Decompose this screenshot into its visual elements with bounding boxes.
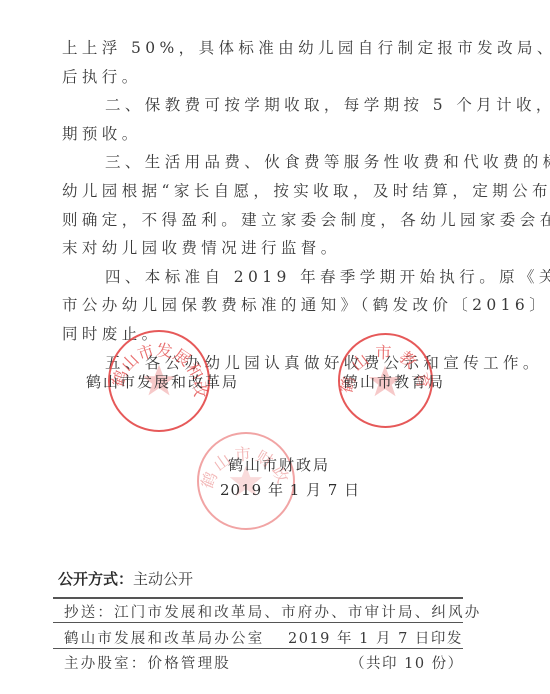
paragraph-line: 则确定，不得盈利。建立家委会制度，各幼儿园家委会在每学期 [62, 206, 494, 235]
paragraph-line: 四、本标准自 2019 年春季学期开始执行。原《关于调整鹤山 [62, 263, 494, 292]
signature-date: 2019 年 1 月 7 日 [220, 479, 360, 500]
handler-dept: 主办股室：价格管理股 [64, 652, 231, 673]
copy-count: （共印 10 份） [350, 652, 464, 673]
disclosure-method: 公开方式：主动公开 [58, 568, 193, 589]
paragraph-line: 末对幼儿园收费情况进行监督。 [62, 234, 494, 263]
issuer: 鹤山市发展和改革局办公室 [64, 627, 264, 648]
paragraph-line: 市公办幼儿园保教费标准的通知》（鹤发改价〔2016〕28 号）文件 [62, 291, 494, 320]
divider [53, 597, 463, 599]
paragraph-line: 三、生活用品费、伙食费等服务性收费和代收费的标准，由 [62, 148, 494, 177]
document-body: 上上浮 50%，具体标准由幼儿园自行制定报市发改局、教育局备案 后执行。 二、保… [62, 34, 494, 377]
paragraph-line: 后执行。 [62, 63, 494, 92]
paragraph-line: 幼儿园根据“家长自愿，按实收取，及时结算，定期公布”的原 [62, 177, 494, 206]
paragraph-line: 上上浮 50%，具体标准由幼儿园自行制定报市发改局、教育局备案 [62, 34, 494, 63]
issue-date: 2019 年 1 月 7 日印发 [288, 627, 463, 648]
divider [53, 648, 463, 649]
cc-list: 抄送：江门市发展和改革局、市府办、市审计局、纠风办 [64, 601, 482, 622]
divider [53, 622, 463, 623]
disclosure-value: 主动公开 [133, 570, 193, 588]
document-page: 上上浮 50%，具体标准由幼儿园自行制定报市发改局、教育局备案 后执行。 二、保… [0, 0, 550, 694]
signature-finance: 鹤山市财政局 [228, 454, 330, 475]
paragraph-line: 期预收。 [62, 120, 494, 149]
signature-edu: 鹤山市教育局 [343, 371, 445, 392]
paragraph-line: 二、保教费可按学期收取，每学期按 5 个月计收，不得跨学 [62, 91, 494, 120]
disclosure-label: 公开方式： [58, 570, 133, 588]
signature-drc: 鹤山市发展和改革局 [86, 371, 239, 392]
